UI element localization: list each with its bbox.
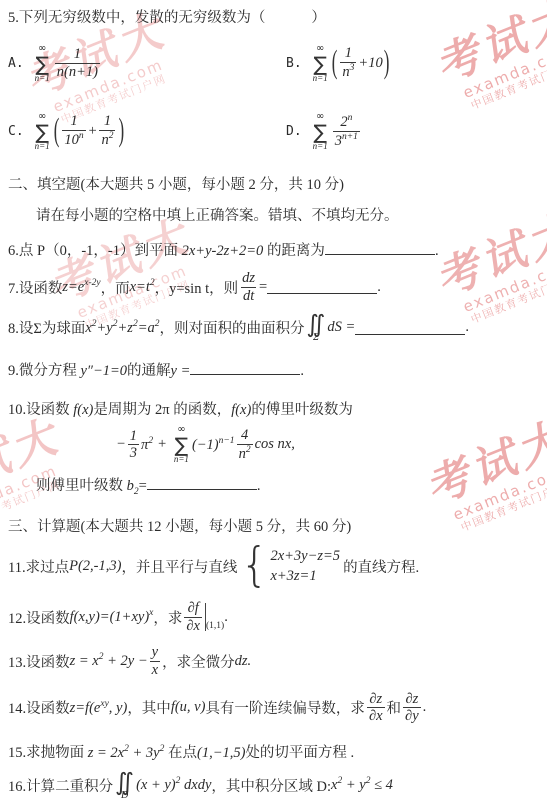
fraction-denominator: ∂y [403, 707, 421, 725]
option-b-tail: +10 [358, 55, 382, 72]
sigma-lower-limit: n=1 [313, 142, 328, 151]
question-5-options: A. ∞ ∑ n=1 1 n(n+1) B. ∞ ∑ n=1 ( 1 n3 [8, 37, 539, 157]
question-11-mid: ，并且平行与直线 [121, 556, 237, 577]
option-a-label: A. [8, 56, 24, 71]
term: z = x [70, 653, 99, 669]
question-14: 14.设函数 z=f(exy, y) ，其中 f(u, v) 具有一阶连续偏导数… [8, 691, 539, 725]
question-7: 7.设函数 z=ex-2y ，而 x=t2 ，y=sin t，则 dz dt =… [8, 270, 539, 304]
sigma-notation: ∞ ∑ n=1 [174, 425, 189, 464]
fraction-denominator: 10n [62, 130, 85, 149]
question-11-post: 的直线方程. [343, 556, 419, 577]
question-5-stem: 5.下列无穷级数中，发散的无穷级数为（） [8, 6, 539, 27]
double-integral: ∬ D [115, 770, 134, 801]
right-paren: ) [384, 44, 390, 82]
period: . [224, 609, 228, 626]
question-7-mid: ，而 [101, 277, 130, 298]
x-base: x=t [130, 279, 150, 295]
den-exponent: 3 [350, 63, 355, 73]
question-6: 6.点 P（0，-1，-1）到平面 2x+y-2z+2=0 的距离为. [8, 239, 539, 260]
question-9-pre: 9.微分方程 [8, 363, 81, 379]
question-15-mid: 在点 [164, 745, 197, 761]
fraction: 1 10n [62, 113, 85, 148]
partial-derivative: ∂z ∂y [403, 691, 421, 725]
question-15: 15.求抛物面 z = 2x2 + 3y2 在点(1,−1,5)处的切平面方程 … [8, 741, 539, 762]
integral-domain: D [121, 791, 128, 801]
fraction-numerator: ∂f [186, 600, 201, 617]
option-d-label: D. [286, 124, 302, 139]
f-base: f(x,y)=(1+xy) [70, 609, 150, 625]
sigma-notation: ∞ ∑ n=1 [35, 44, 50, 83]
den-exponent: n+1 [342, 132, 358, 142]
question-13-pre: 13.设函数 [8, 651, 70, 672]
sigma-symbol: ∑ [175, 435, 188, 455]
option-c: C. ∞ ∑ n=1 ( 1 10n + 1 n2 ) [8, 105, 286, 157]
period: . [423, 699, 427, 716]
question-11: 11.求过点 P(2,-1,3) ，并且平行与直线 { 2x+3y−z=5 x+… [8, 546, 539, 586]
tangent-point: (1,−1,5) [197, 745, 245, 761]
equation-1: 2x+3y−z=5 [270, 548, 340, 565]
question-14-mid: ，其中 [127, 697, 171, 718]
question-10-post: 的傅里叶级数为 [251, 402, 353, 418]
den-exponent: 2 [109, 131, 114, 141]
alternating-term: (−1)n−1 [192, 436, 235, 454]
dz-term: dz. [235, 653, 252, 670]
equals-sign: = [139, 478, 147, 494]
term: + 2y − [104, 653, 148, 669]
base: (−1) [192, 437, 219, 453]
sigma-lower-limit: n=1 [313, 74, 328, 83]
question-6-pre: 6.点 P（0，-1，-1）到平面 [8, 243, 182, 259]
question-5-text: 5.下列无穷级数中，发散的无穷级数为（ [8, 10, 265, 26]
option-a: A. ∞ ∑ n=1 1 n(n+1) [8, 37, 286, 89]
sigma-notation: ∞ ∑ n=1 [313, 44, 328, 83]
question-15-pre: 15.求抛物面 [8, 745, 88, 761]
section-3-title: 三、计算题(本大题共 12 小题，每小题 5 分，共 60 分) [8, 515, 539, 536]
double-integral: ∬ Σ [306, 312, 325, 343]
question-11-pre: 11.求过点 [8, 556, 69, 577]
equals-sign: = [259, 279, 267, 296]
question-10-tail: 则傅里叶级数 b2=. [8, 474, 539, 497]
integrand: (x + y)2 dxdy [136, 776, 211, 794]
den-base: 3 [335, 132, 342, 148]
den-exponent: 2 [246, 445, 251, 455]
den-base: 10 [64, 132, 79, 148]
fraction-numerator: dz [240, 270, 257, 287]
x-function: x=t2 [130, 278, 155, 296]
system-equations: 2x+3y−z=5 x+3z=1 [270, 548, 340, 585]
period: . [257, 478, 261, 494]
term: z = 2x [88, 745, 124, 761]
answer-blank [355, 321, 465, 335]
question-10-tail-pre: 则傅里叶级数 [36, 478, 127, 494]
exponent: 2 [148, 436, 153, 446]
question-12: 12.设函数 f(x,y)=(1+xy)x ，求 ∂f ∂x (1,1) . [8, 600, 539, 634]
section-2-title: 二、填空题(本大题共 5 小题，每小题 2 分，共 10 分) [8, 173, 539, 194]
plus-sign: + [157, 436, 167, 453]
fraction-denominator: n3 [340, 62, 356, 81]
left-brace: { [240, 545, 268, 587]
exponent: n−1 [219, 436, 235, 446]
composite-function: z=f(exy, y) [70, 699, 128, 717]
fraction: 1 n3 [340, 45, 356, 80]
question-12-pre: 12.设函数 [8, 607, 70, 628]
question-5-close-paren: ） [311, 10, 326, 26]
cosine-term: cos nx, [255, 436, 295, 453]
option-d: D. ∞ ∑ n=1 2n 3n+1 [286, 105, 539, 157]
term: ≤ 4 [370, 777, 392, 793]
sigma-symbol: ∑ [313, 122, 326, 142]
sigma-notation: ∞ ∑ n=1 [35, 112, 50, 151]
question-6-post: 的距离为 [263, 243, 325, 259]
ds-term: dS = [327, 319, 355, 336]
question-10-head: 10.设函数 f(x)是周期为 2π 的函数，f(x)的傅里叶级数为 [8, 398, 539, 419]
term: +y [97, 320, 113, 336]
fraction-numerator: 2n [338, 113, 354, 131]
exponent: xy [100, 699, 108, 709]
fraction-numerator: ∂z [367, 691, 384, 708]
sigma-symbol: ∑ [35, 122, 48, 142]
b-symbol: b [127, 478, 134, 494]
question-9-mid: 的通解 [127, 363, 171, 379]
den-base: n [101, 132, 108, 148]
sigma-lower-limit: n=1 [174, 455, 189, 464]
den-base: n [342, 64, 349, 80]
question-12-mid: ，求 [153, 607, 182, 628]
fraction-denominator: ∂x [184, 617, 202, 635]
answer-blank [267, 280, 377, 294]
question-14-post: 具有一阶连续偏导数，求 [205, 697, 365, 718]
fraction-denominator: n(n+1) [55, 63, 100, 81]
fraction-numerator: y [150, 644, 160, 661]
question-8: 8.设Σ为球面 x2+y2+z2=a2 ，则对面积的曲面积分 ∬ Σ dS = … [8, 312, 539, 343]
pi-squared: π2 [141, 436, 153, 454]
fraction-denominator: dt [241, 287, 256, 305]
question-7-y: ，y=sin t，则 [155, 277, 239, 298]
right-paren: ) [118, 112, 124, 150]
left-paren: ( [332, 44, 338, 82]
question-16-mid: ，其中积分区域 D: [211, 775, 331, 796]
question-8-post: ，则对面积的曲面积分 [159, 317, 304, 338]
fraction-denominator: 3 [128, 444, 139, 462]
den-exponent: n [79, 131, 84, 141]
term: , y) [109, 700, 128, 716]
partial-derivative: ∂z ∂x [367, 691, 385, 725]
fraction-numerator: ∂z [403, 691, 420, 708]
answer-blank [147, 476, 257, 490]
section-2-note: 请在每小题的空格中填上正确答案。错填、不填均无分。 [8, 204, 539, 225]
num-base: 2 [340, 114, 347, 130]
fraction-numerator: 1 [128, 428, 139, 445]
term: z=f(e [70, 700, 101, 716]
question-14-pre: 14.设函数 [8, 697, 70, 718]
fuv-function: f(u, v) [171, 699, 206, 716]
sigma-symbol: ∑ [35, 54, 48, 74]
question-9: 9.微分方程 y″−1=0的通解y =. [8, 359, 539, 380]
sigma-lower-limit: n=1 [35, 74, 50, 83]
z-base: z=e [62, 279, 84, 295]
answer-blank [325, 241, 435, 255]
exam-page: 5.下列无穷级数中，发散的无穷级数为（） A. ∞ ∑ n=1 1 n(n+1)… [0, 0, 547, 804]
z-exponent: x-2y [84, 278, 100, 288]
sigma-symbol: ∑ [313, 54, 326, 74]
z-function: z=ex-2y [62, 278, 100, 296]
fraction-denominator: 3n+1 [333, 131, 360, 150]
period: . [465, 319, 469, 336]
fraction-numerator: 1 [72, 46, 83, 63]
equation-2: x+3z=1 [270, 568, 340, 585]
fraction-numerator: 4 [239, 427, 250, 444]
question-8-pre: 8.设Σ为球面 [8, 317, 85, 338]
sigma-lower-limit: n=1 [35, 142, 50, 151]
paraboloid-equation: z = 2x2 + 3y2 [88, 745, 165, 761]
fraction: 1 3 [128, 428, 139, 462]
den-base: n [239, 446, 246, 462]
question-15-post: 处的切平面方程 . [245, 745, 354, 761]
term: +z [118, 320, 133, 336]
fourier-series-formula: − 1 3 π2 + ∞ ∑ n=1 (−1)n−1 4 n2 cos nx, [8, 425, 539, 464]
term: + y [342, 777, 365, 793]
fraction-denominator: ∂x [367, 707, 385, 725]
question-10-pre: 10.设函数 [8, 402, 73, 418]
sigma-notation: ∞ ∑ n=1 [313, 112, 328, 151]
fourier-coefficient: b2 [127, 478, 139, 494]
fraction-denominator: x [150, 661, 160, 679]
num-exponent: n [348, 113, 353, 123]
period: . [377, 279, 381, 296]
f-function: f(x,y)=(1+xy)x [70, 608, 154, 626]
question-16-pre: 16.计算二重积分 [8, 775, 113, 796]
question-13: 13.设函数 z = x2 + 2y − y x ，求全微分 dz. [8, 644, 539, 678]
option-b-label: B. [286, 56, 302, 71]
point-p: P(2,-1,3) [69, 558, 121, 575]
fx: f(x) [231, 402, 251, 418]
general-solution: y = [171, 363, 191, 379]
term: dxdy [180, 777, 211, 793]
term: (x + y) [136, 777, 176, 793]
z-equation: z = x2 + 2y − [70, 652, 148, 670]
equation-system: { 2x+3y−z=5 x+3z=1 [240, 546, 340, 586]
question-7-pre: 7.设函数 [8, 277, 62, 298]
domain-inequality: x2 + y2 ≤ 4 [331, 776, 393, 794]
plane-equation: 2x+y-2z+2=0 [182, 243, 264, 259]
left-paren: ( [54, 112, 60, 150]
fraction: y x [150, 644, 160, 678]
option-b: B. ∞ ∑ n=1 ( 1 n3 +10 ) [286, 37, 539, 89]
term: =a [138, 320, 155, 336]
plus-sign: + [88, 123, 98, 140]
fraction-numerator: 1 [343, 45, 354, 62]
term: + 3y [129, 745, 160, 761]
integral-domain: Σ [313, 333, 319, 343]
partial-derivative: ∂f ∂x [184, 600, 202, 634]
question-13-mid: ，求全微分 [162, 651, 235, 672]
question-16: 16.计算二重积分 ∬ D (x + y)2 dxdy ，其中积分区域 D: x… [8, 770, 539, 801]
fraction-denominator: n2 [99, 130, 115, 149]
fraction-denominator: n2 [237, 444, 253, 463]
sphere-equation: x2+y2+z2=a2 [85, 319, 159, 337]
fraction: 1 n2 [99, 113, 115, 148]
fraction: 2n 3n+1 [333, 113, 360, 149]
period: . [435, 243, 439, 259]
fraction: 1 n(n+1) [55, 46, 100, 80]
fraction-numerator: 1 [68, 113, 79, 130]
fraction-numerator: 1 [102, 113, 113, 130]
evaluation-point: (1,1) [206, 621, 224, 631]
minus-sign: − [116, 436, 126, 453]
fraction: 4 n2 [237, 427, 253, 462]
question-10-mid: 是周期为 2π 的函数， [93, 402, 231, 418]
fx: f(x) [73, 402, 93, 418]
period: . [300, 363, 304, 379]
answer-blank [190, 361, 300, 375]
option-c-label: C. [8, 124, 24, 139]
derivative-fraction: dz dt [240, 270, 257, 304]
differential-equation: y″−1=0 [81, 363, 128, 379]
and-text: 和 [387, 697, 402, 718]
